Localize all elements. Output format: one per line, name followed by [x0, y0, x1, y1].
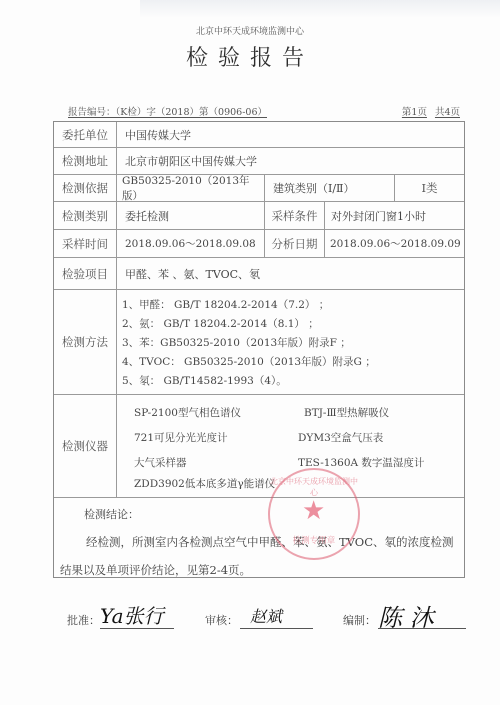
address-value: 北京市朝阳区中国传媒大学 [116, 148, 464, 174]
method-item: 3、苯：GB50325-2010（2013年版）附录F ； [122, 334, 462, 353]
document-title: 检验报告 [0, 41, 500, 72]
methods-list: 1、甲醛： GB/T 18204.2-2014（7.2） ； 2、氨： GB/T… [116, 296, 462, 391]
instrument-item: ZDD3902低本底多道γ能谱仪 [134, 476, 275, 491]
row-instruments: 检测仪器 SP-2100型气相色谱仪 BTJ-Ⅲ型热解吸仪 721可见分光光度计… [54, 395, 464, 498]
client-value: 中国传媒大学 [116, 122, 464, 147]
row-address: 检测地址 北京市朝阳区中国传媒大学 [54, 148, 464, 175]
test-type-label: 检测类别 [54, 202, 116, 229]
building-class-value: Ⅰ类 [394, 175, 464, 201]
seal-ring-text: 北京中环天成环境监测中心 [270, 476, 358, 498]
scan-shade [140, 0, 500, 18]
star-icon: ★ [302, 498, 325, 524]
instruments-label: 检测仪器 [54, 395, 116, 497]
instrument-item: DYM3空盒气压表 [298, 430, 383, 445]
sampling-condition-label: 采样条件 [264, 202, 324, 229]
instrument-item: BTJ-Ⅲ型热解吸仪 [304, 405, 389, 420]
review-label: 审核： [205, 612, 238, 628]
report-table: 委托单位 中国传媒大学 检测地址 北京市朝阳区中国传媒大学 检测依据 GB503… [53, 121, 465, 578]
method-item: 5、氡： GB/T14582-1993（4）。 [122, 372, 462, 391]
conclusion-title: 检测结论： [84, 506, 139, 522]
row-methods: 检测方法 1、甲醛： GB/T 18204.2-2014（7.2） ； 2、氨：… [54, 290, 464, 395]
analysis-date-label: 分析日期 [264, 230, 324, 257]
sampling-condition-value: 对外封闭门窗1小时 [324, 202, 464, 229]
compile-line [378, 628, 466, 629]
conclusion-body: 经检测，所测室内各检测点空气中甲醛、苯、氨、TVOC、氡的浓度检测结果以及单项评… [60, 528, 460, 584]
review-signature: 赵斌 [250, 604, 282, 627]
approve-label: 批准： [67, 612, 100, 628]
method-item: 2、氨： GB/T 18204.2-2014（8.1） ； [122, 315, 462, 334]
row-conclusion: 检测结论： 经检测，所测室内各检测点空气中甲醛、苯、氨、TVOC、氡的浓度检测结… [54, 498, 464, 577]
instrument-item: 大气采样器 [134, 455, 187, 470]
items-value: 甲醛、苯 、氨、TVOC、氡 [116, 258, 464, 289]
method-item: 4、TVOC： GB50325-2010（2013年版）附录G ； [122, 353, 462, 372]
row-client: 委托单位 中国传媒大学 [54, 122, 464, 148]
basis-value: GB50325-2010（2013年版） [116, 175, 264, 201]
analysis-date-value: 2018.09.06～2018.09.09 [324, 230, 464, 257]
row-sampling-time: 采样时间 2018.09.06～2018.09.08 分析日期 2018.09.… [54, 230, 464, 258]
report-number: 报告编号：（K检）字（2018）第（0906-06） [68, 104, 267, 118]
compile-label: 编制： [343, 612, 376, 628]
official-seal: 北京中环天成环境监测中心 ★ 检测专用章 [268, 468, 360, 560]
approve-signature: Ya张行 [100, 600, 164, 629]
instrument-item: SP-2100型气相色谱仪 [134, 405, 241, 420]
seal-center-text: 检测专用章 [270, 534, 358, 546]
sampling-time-value: 2018.09.06～2018.09.08 [116, 230, 264, 257]
page-current: 第1页 [402, 107, 427, 118]
organization-name: 北京中环天成环境监测中心 [0, 24, 500, 37]
test-type-value: 委托检测 [116, 202, 264, 229]
building-class-label: 建筑类别（Ⅰ/Ⅱ） [264, 175, 394, 201]
page-indicator: 第1页共4页 [394, 104, 460, 118]
methods-label: 检测方法 [54, 290, 116, 394]
review-line [240, 628, 313, 629]
items-label: 检验项目 [54, 258, 116, 289]
method-item: 1、甲醛： GB/T 18204.2-2014（7.2） ； [122, 296, 462, 315]
row-basis: 检测依据 GB50325-2010（2013年版） 建筑类别（Ⅰ/Ⅱ） Ⅰ类 [54, 175, 464, 202]
page-total: 共4页 [435, 107, 460, 118]
row-test-type: 检测类别 委托检测 采样条件 对外封闭门窗1小时 [54, 202, 464, 230]
client-label: 委托单位 [54, 122, 116, 147]
approve-line [100, 628, 174, 629]
address-label: 检测地址 [54, 148, 116, 174]
row-items: 检验项目 甲醛、苯 、氨、TVOC、氡 [54, 258, 464, 290]
sampling-time-label: 采样时间 [54, 230, 116, 257]
basis-label: 检测依据 [54, 175, 116, 201]
instrument-item: 721可见分光光度计 [134, 430, 228, 445]
